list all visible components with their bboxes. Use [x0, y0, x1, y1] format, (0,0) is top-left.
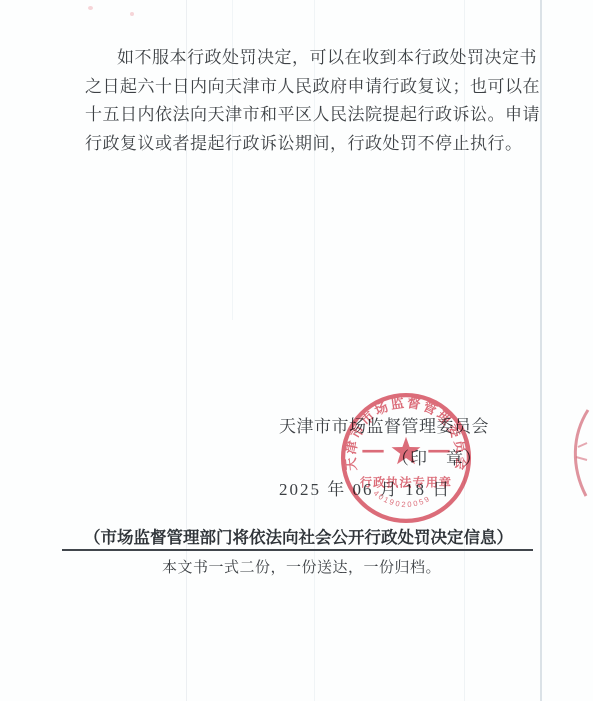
copies-distribution-note: 本文书一式二份，一份送达，一份归档。: [162, 556, 441, 577]
official-seal-stamp: 天津市市场监督管理委员会 行政执法专用章 4019020059: [337, 389, 475, 527]
paragraph-line: 行政复议或者提起行政诉讼期间，行政处罚不停止执行。: [85, 130, 537, 159]
appeal-rights-paragraph: 如不服本行政处罚决定，可以在收到本行政处罚决定书 之日起六十日内向天津市人民政府…: [85, 44, 537, 158]
public-disclosure-notice: （市场监督管理部门将依法向社会公开行政处罚决定信息）: [84, 524, 513, 548]
scan-streak: [540, 0, 542, 701]
star-icon: [392, 437, 421, 465]
svg-text:天津市市场监督管理委员会: 天津市市场监督管理委员会: [342, 394, 470, 473]
scanned-document-page: 如不服本行政处罚决定，可以在收到本行政处罚决定书 之日起六十日内向天津市人民政府…: [0, 0, 593, 701]
seal-bar-right: [428, 450, 449, 453]
ink-speck: [130, 12, 134, 16]
paragraph-line: 如不服本行政处罚决定，可以在收到本行政处罚决定书: [85, 44, 537, 73]
svg-text:4019020059: 4019020059: [372, 489, 431, 510]
seal-bar-left: [362, 450, 383, 453]
seal-arc-text: 天津市市场监督管理委员会: [342, 394, 470, 473]
edge-seal-fragment: [564, 405, 593, 500]
seal-serial-number: 4019020059: [372, 489, 431, 510]
seal-center-label: 行政执法专用章: [360, 474, 452, 489]
paragraph-line: 之日起六十日内向天津市人民政府申请行政复议；也可以在: [85, 73, 537, 102]
footer-divider-line: [62, 549, 533, 551]
ink-speck: [88, 6, 93, 10]
paragraph-line: 十五日内依法向天津市和平区人民法院提起行政诉讼。申请: [85, 101, 537, 130]
